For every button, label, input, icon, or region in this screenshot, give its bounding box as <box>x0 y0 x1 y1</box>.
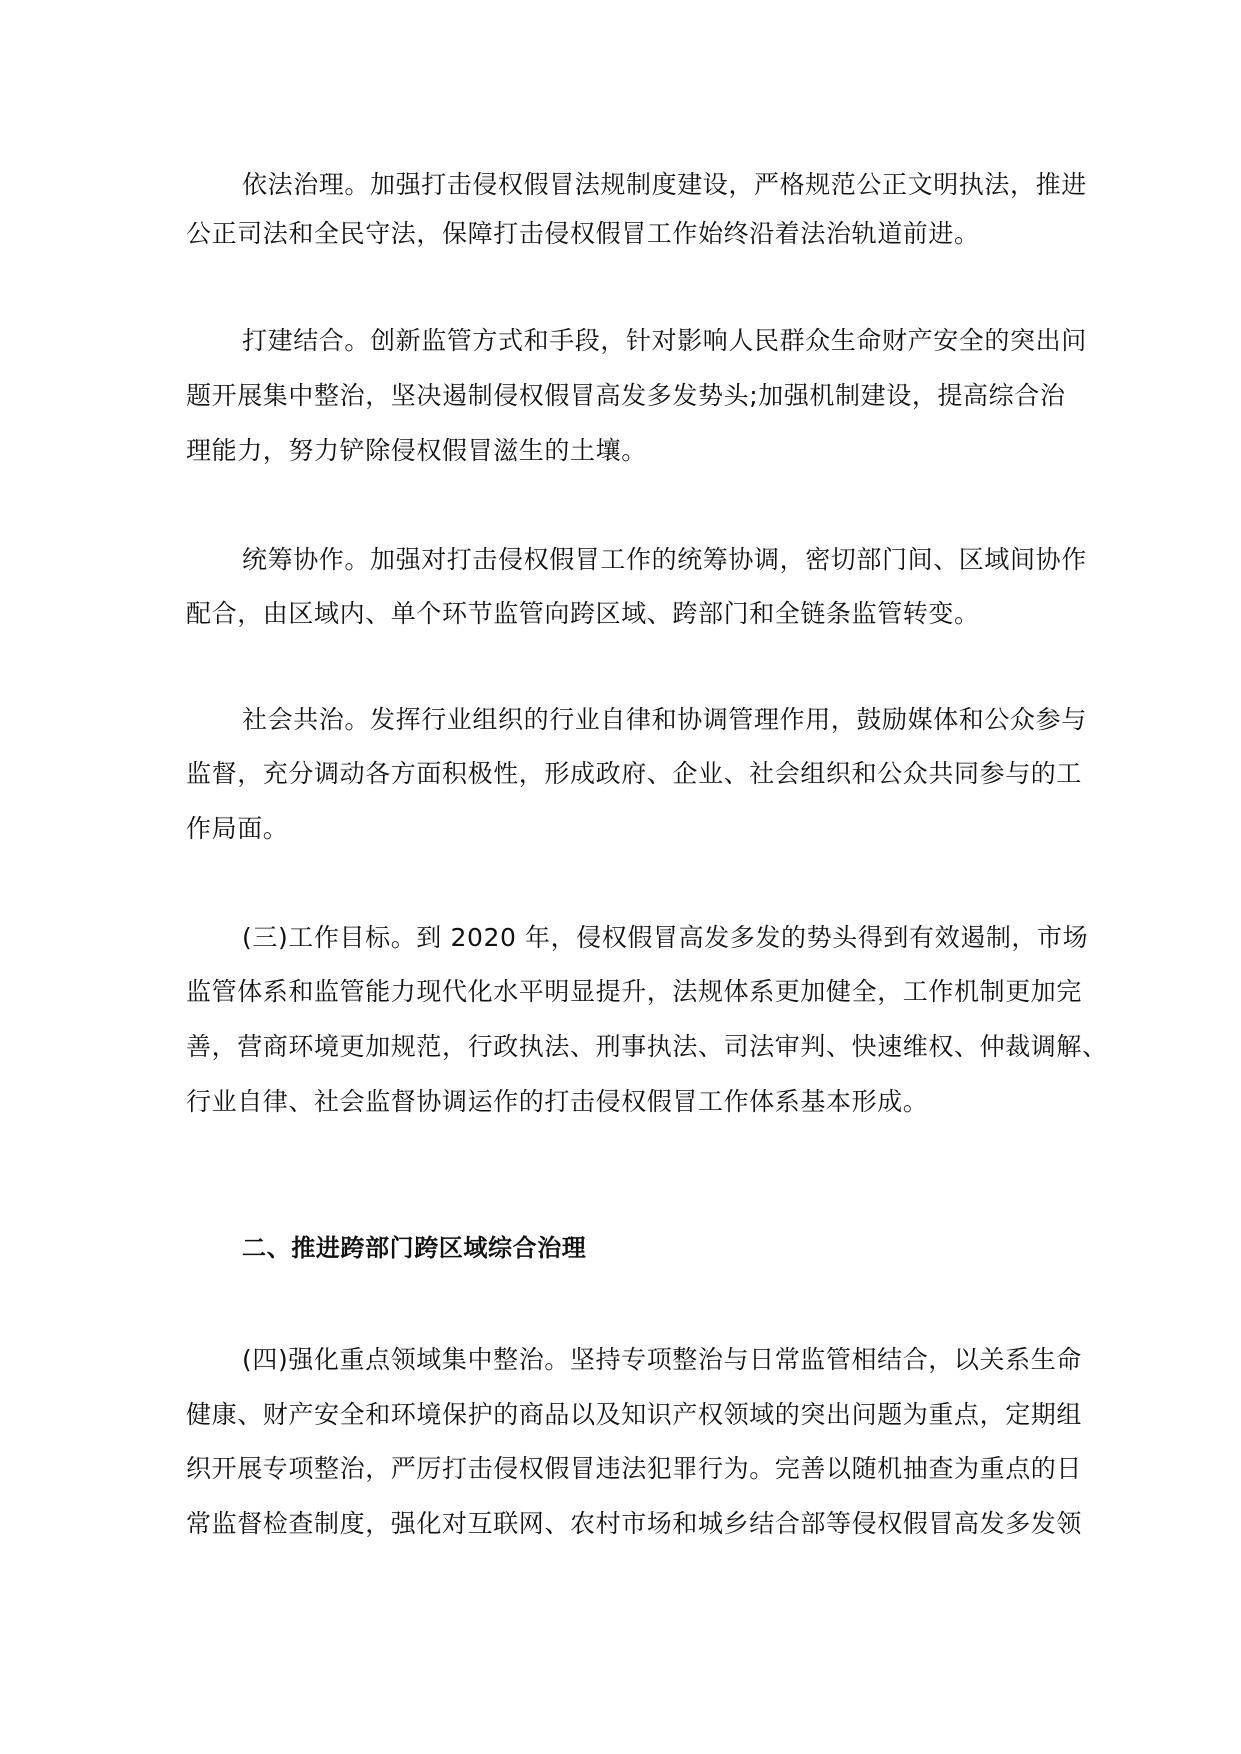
text-line: 作局面。 <box>186 813 288 845</box>
text-line: 统筹协作。加强对打击侵权假冒工作的统筹协调，密切部门间、区域间协作 <box>242 544 1087 576</box>
text-line: 织开展专项整治，严厉打击侵权假冒违法犯罪行为。完善以随机抽查为重点的日 <box>186 1453 1082 1485</box>
text-line: 行业自律、社会监督协调运作的打击侵权假冒工作体系基本形成。 <box>186 1086 928 1118</box>
text-line: 健康、财产安全和环境保护的商品以及知识产权领域的突出问题为重点，定期组 <box>186 1399 1082 1431</box>
text-line: 题开展集中整治，坚决遏制侵权假冒高发多发势头;加强机制建设，提高综合治 <box>186 380 1065 412</box>
text-line: 社会共治。发挥行业组织的行业自律和协调管理作用，鼓励媒体和公众参与 <box>242 704 1087 736</box>
text-line: 常监督检查制度，强化对互联网、农村市场和城乡结合部等侵权假冒高发多发领 <box>186 1508 1082 1540</box>
text-line: 依法治理。加强打击侵权假冒法规制度建设，严格规范公正文明执法，推进 <box>242 169 1087 201</box>
section-heading-text: 二、推进跨部门跨区域综合治理 <box>242 1232 586 1264</box>
text-line: 监督，充分调动各方面积极性，形成政府、企业、社会组织和公众共同参与的工 <box>186 758 1082 790</box>
text-line: 善，营商环境更加规范，行政执法、刑事执法、司法审判、快速维权、仲裁调解、 <box>186 1031 1108 1063</box>
text-line: 监管体系和监管能力现代化水平明显提升，法规体系更加健全，工作机制更加完 <box>186 976 1082 1008</box>
text-line: (三)工作目标。到 2020 年，侵权假冒高发多发的势头得到有效遏制，市场 <box>242 922 1088 954</box>
text-line: 公正司法和全民守法，保障打击侵权假冒工作始终沿着法治轨道前进。 <box>186 218 980 250</box>
text-line: 配合，由区域内、单个环节监管向跨区域、跨部门和全链条监管转变。 <box>186 598 980 630</box>
text-line: (四)强化重点领域集中整治。坚持专项整治与日常监管相结合，以关系生命 <box>242 1344 1082 1376</box>
text-line: 打建结合。创新监管方式和手段，针对影响人民群众生命财产安全的突出问 <box>242 325 1087 357</box>
text-line: 理能力，努力铲除侵权假冒滋生的土壤。 <box>186 435 647 467</box>
